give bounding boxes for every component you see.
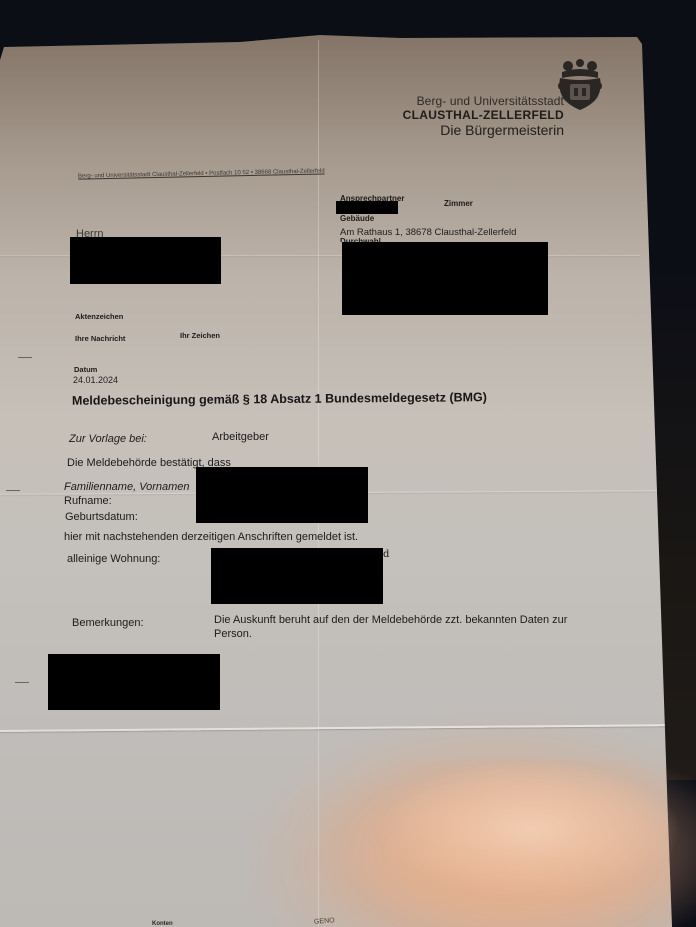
residence-trailing-char: d <box>383 549 389 560</box>
letter-paper: Berg- und Universitätsstadt CLAUSTHAL-ZE… <box>0 0 696 927</box>
contact-details-redaction <box>342 242 548 315</box>
letterhead-city-type: Berg- und Universitätsstadt <box>398 94 564 108</box>
birthdate-label: Geburtsdatum: <box>65 511 138 523</box>
residence-label: alleinige Wohnung: <box>67 553 160 565</box>
remarks-label: Bemerkungen: <box>72 617 144 629</box>
residence-redaction <box>211 548 383 604</box>
your-reference-label: Ihr Zeichen <box>180 331 220 340</box>
surname-label: Familienname, Vornamen <box>64 481 190 493</box>
file-reference-label: Aktenzeichen <box>75 312 123 321</box>
fold-mark-upper <box>18 357 32 358</box>
first-name-label: Rufname: <box>64 495 112 507</box>
contact-redaction <box>336 201 398 214</box>
your-message-label: Ihre Nachricht <box>75 334 125 343</box>
fold-mark-middle <box>6 490 20 491</box>
room-label: Zimmer <box>444 199 473 208</box>
date-value: 24.01.2024 <box>73 375 118 385</box>
document-title: Meldebescheinigung gemäß § 18 Absatz 1 B… <box>72 390 487 408</box>
letterhead: Berg- und Universitätsstadt CLAUSTHAL-ZE… <box>398 94 564 138</box>
signature-redaction <box>48 654 220 710</box>
recipient-address-redaction <box>70 237 221 284</box>
submit-to-label: Zur Vorlage bei: <box>69 433 147 445</box>
personal-data-redaction <box>196 467 368 523</box>
fold-line-lower <box>0 724 668 732</box>
return-address: Berg- und Universitätsstadt Clausthal-Ze… <box>78 167 328 180</box>
footer-bank-fragment: GENO <box>314 917 335 925</box>
fold-mark-lower <box>15 682 29 683</box>
address-intro: hier mit nachstehenden derzeitigen Ansch… <box>64 531 358 543</box>
letterhead-city-name: CLAUSTHAL-ZELLERFELD <box>398 108 564 122</box>
footer-accounts-label: Konten <box>152 921 173 927</box>
letterhead-office: Die Bürgermeisterin <box>398 122 564 138</box>
building-label: Gebäude <box>340 214 374 223</box>
remarks-value: Die Auskunft beruht auf den der Meldebeh… <box>214 613 594 641</box>
date-label: Datum <box>74 365 97 374</box>
submit-to-value: Arbeitgeber <box>212 431 269 443</box>
